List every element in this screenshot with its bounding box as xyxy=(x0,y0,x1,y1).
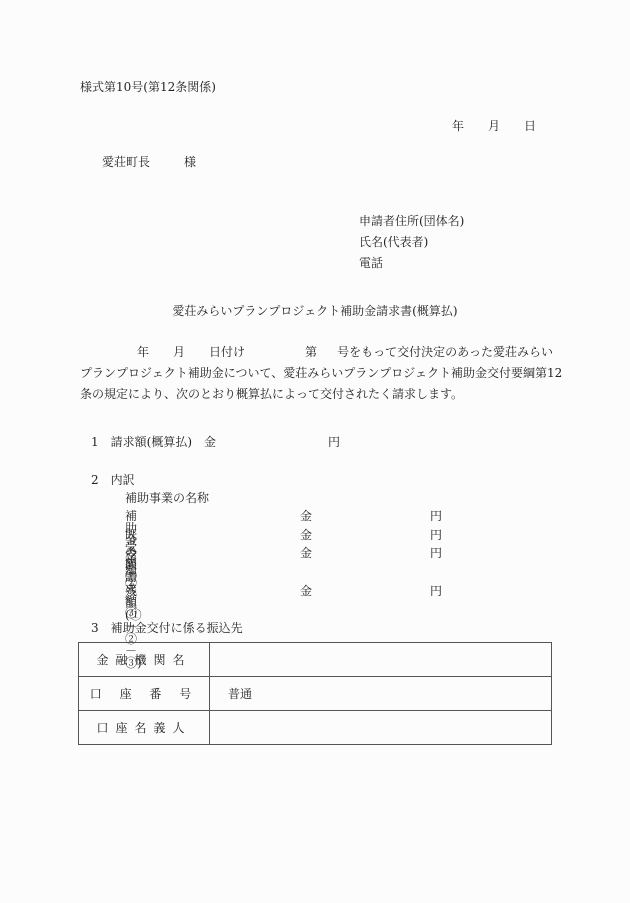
addressee-honorific: 様 xyxy=(184,155,196,169)
body-line-3: 条の規定により、次のとおり概算払によって交付されたく請求します。 xyxy=(80,384,550,405)
request-body-text: 年月日付け第号をもって交付決定のあった愛荘みらい プランプロジェクト補助金につい… xyxy=(80,342,550,405)
applicant-name-label: 氏名(代表者) xyxy=(359,232,464,253)
bank-name-label: 金融機関名 xyxy=(79,643,210,677)
bank-transfer-table: 金融機関名 口 座 番 号 普通 口座名義人 xyxy=(78,642,552,745)
account-holder-field[interactable] xyxy=(210,711,552,745)
body-line-1: 年月日付け第号をもって交付決定のあった愛荘みらい xyxy=(80,342,550,363)
account-number-field[interactable]: 普通 xyxy=(210,677,552,711)
yen-label: 円 xyxy=(328,435,340,449)
table-row-bank-name: 金融機関名 xyxy=(79,643,552,677)
table-row-account-holder: 口座名義人 xyxy=(79,711,552,745)
date-day-label: 日 xyxy=(524,120,536,132)
kin-label: 金 xyxy=(204,435,216,449)
section-transfer-heading: 3補助金交付に係る振込先 xyxy=(91,622,243,634)
project-name-label: 補助事業の名称 xyxy=(125,492,209,504)
date-year-label: 年 xyxy=(452,120,464,132)
account-number-label: 口 座 番 号 xyxy=(79,677,210,711)
addressee: 愛荘町長様 xyxy=(102,156,196,168)
date-line: 年月日 xyxy=(452,120,536,132)
form-number: 様式第10号(第12条関係) xyxy=(80,81,216,93)
addressee-name: 愛荘町長 xyxy=(102,155,150,169)
applicant-phone-label: 電話 xyxy=(359,253,464,274)
body-line-2: プランプロジェクト補助金について、愛荘みらいプランプロジェクト補助金交付要綱第1… xyxy=(80,363,550,384)
bank-name-field[interactable] xyxy=(210,643,552,677)
request-amount-label: 請求額(概算払) xyxy=(111,435,192,449)
section-request-amount: 1請求額(概算払)金円 xyxy=(91,436,340,448)
applicant-address-label: 申請者住所(団体名) xyxy=(359,211,464,232)
date-month-label: 月 xyxy=(488,120,500,132)
account-holder-label: 口座名義人 xyxy=(79,711,210,745)
document-title: 愛荘みらいプランプロジェクト補助金請求書(概算払) xyxy=(0,305,630,317)
section-breakdown-heading: 2内訳 xyxy=(91,474,135,486)
applicant-block: 申請者住所(団体名) 氏名(代表者) 電話 xyxy=(359,211,464,274)
table-row-account-number: 口 座 番 号 普通 xyxy=(79,677,552,711)
